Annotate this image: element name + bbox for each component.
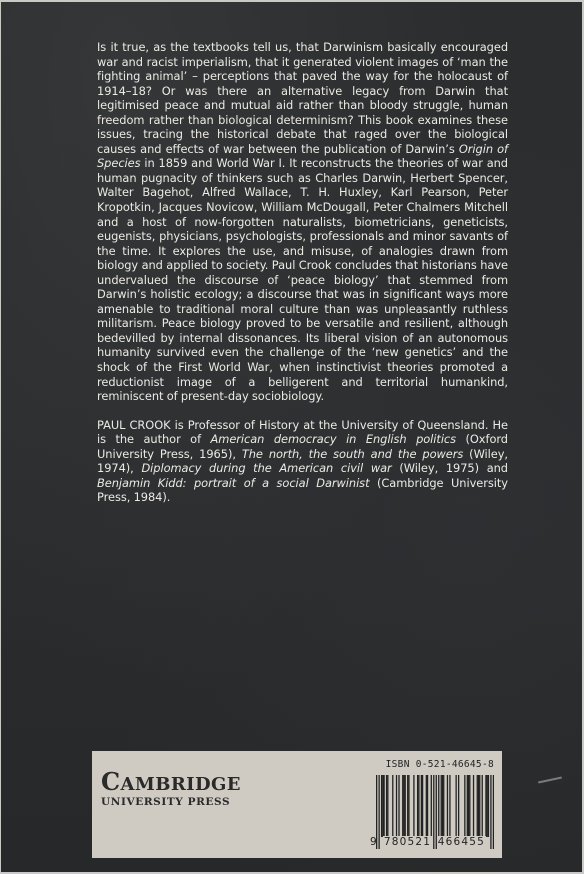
summary-text-a: Is it true, as the textbooks tell us, th… (97, 40, 508, 156)
book-title-3: Diplomacy during the American civil war (141, 461, 391, 475)
publisher-logo: CAMBRIDGE UNIVERSITY PRESS (101, 772, 241, 808)
isbn-label: ISBN 0-521-46645-8 (386, 759, 494, 770)
book-back-cover: Is it true, as the textbooks tell us, th… (1, 2, 582, 872)
book-title-2: The north, the south and the powers (242, 447, 463, 461)
book-title-4: Benjamin Kidd: portrait of a social Darw… (97, 476, 369, 490)
publisher-panel: CAMBRIDGE UNIVERSITY PRESS ISBN 0-521-46… (92, 751, 502, 858)
ean-number: 9780521 466455 (370, 836, 498, 848)
publisher-name: CAMBRIDGE (101, 772, 241, 795)
blurb-text: Is it true, as the textbooks tell us, th… (97, 40, 508, 505)
author-bio-paragraph: PAUL CROOK is Professor of History at th… (97, 418, 508, 505)
bio-text-d: (Wiley, 1975) and (392, 461, 508, 475)
cover-scuff-mark (538, 777, 562, 784)
book-title-1: American democracy in English politics (211, 432, 456, 446)
publisher-subtitle: UNIVERSITY PRESS (101, 796, 241, 808)
summary-paragraph: Is it true, as the textbooks tell us, th… (97, 40, 508, 404)
summary-text-b: in 1859 and World War I. It reconstructs… (97, 156, 508, 403)
